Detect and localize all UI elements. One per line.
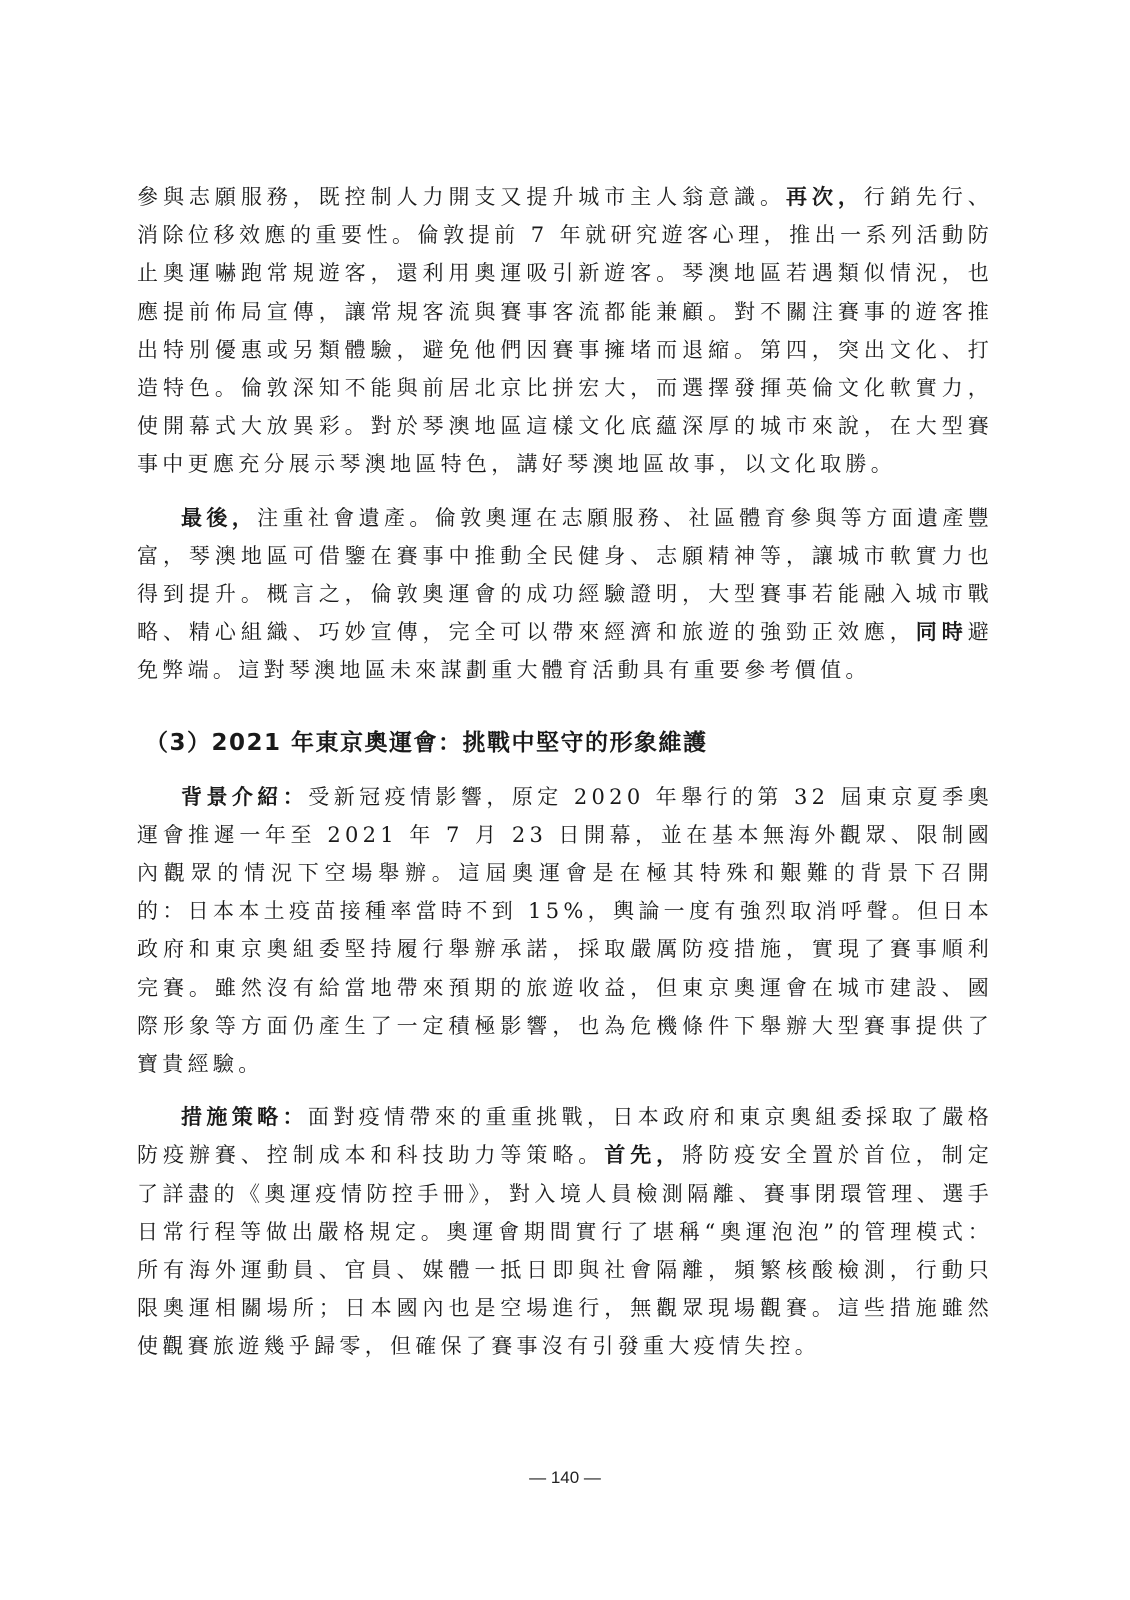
paragraph-london-strategies: 參與志願服務，既控制人力開支又提升城市主人翁意識。再次，行銷先行、消除位移效應的…: [137, 178, 993, 484]
text-segment: 將防疫安全置於首位，制定了詳盡的《奧運疫情防控手冊》，對入境人員檢測隔離、賽事閉…: [137, 1143, 993, 1358]
bold-lead-finally: 最後，: [181, 505, 257, 530]
section-heading-tokyo-2021: （3）2021 年東京奧運會：挑戰中堅守的形象維護: [137, 724, 993, 762]
document-page: 參與志願服務，既控制人力開支又提升城市主人翁意識。再次，行銷先行、消除位移效應的…: [137, 178, 993, 1366]
bold-inline-meanwhile: 同時: [916, 619, 968, 644]
paragraph-background: 背景介紹：受新冠疫情影響，原定 2020 年舉行的第 32 屆東京夏季奧運會推遲…: [137, 778, 993, 1084]
text-segment: 注重社會遺產。倫敦奧運在志願服務、社區體育參與等方面遺產豐富，琴澳地區可借鑒在賽…: [137, 506, 993, 645]
bold-lead-background: 背景介紹：: [181, 784, 308, 809]
bold-lead-again: 再次，: [786, 184, 864, 209]
paragraph-measures: 措施策略：面對疫情帶來的重重挑戰，日本政府和東京奧組委採取了嚴格防疫辦賽、控制成…: [137, 1098, 993, 1365]
page-number: — 140 —: [0, 1468, 1130, 1488]
bold-lead-measures: 措施策略：: [181, 1104, 308, 1129]
text-segment: 參與志願服務，既控制人力開支又提升城市主人翁意識。: [137, 185, 786, 209]
text-segment: 行銷先行、消除位移效應的重要性。倫敦提前 7 年就研究遊客心理，推出一系列活動防…: [137, 185, 993, 476]
text-segment: 受新冠疫情影響，原定 2020 年舉行的第 32 屆東京夏季奧運會推遲一年至 2…: [137, 785, 993, 1076]
paragraph-social-legacy: 最後，注重社會遺產。倫敦奧運在志願服務、社區體育參與等方面遺產豐富，琴澳地區可借…: [137, 499, 993, 690]
bold-lead-first: 首先，: [604, 1142, 682, 1167]
